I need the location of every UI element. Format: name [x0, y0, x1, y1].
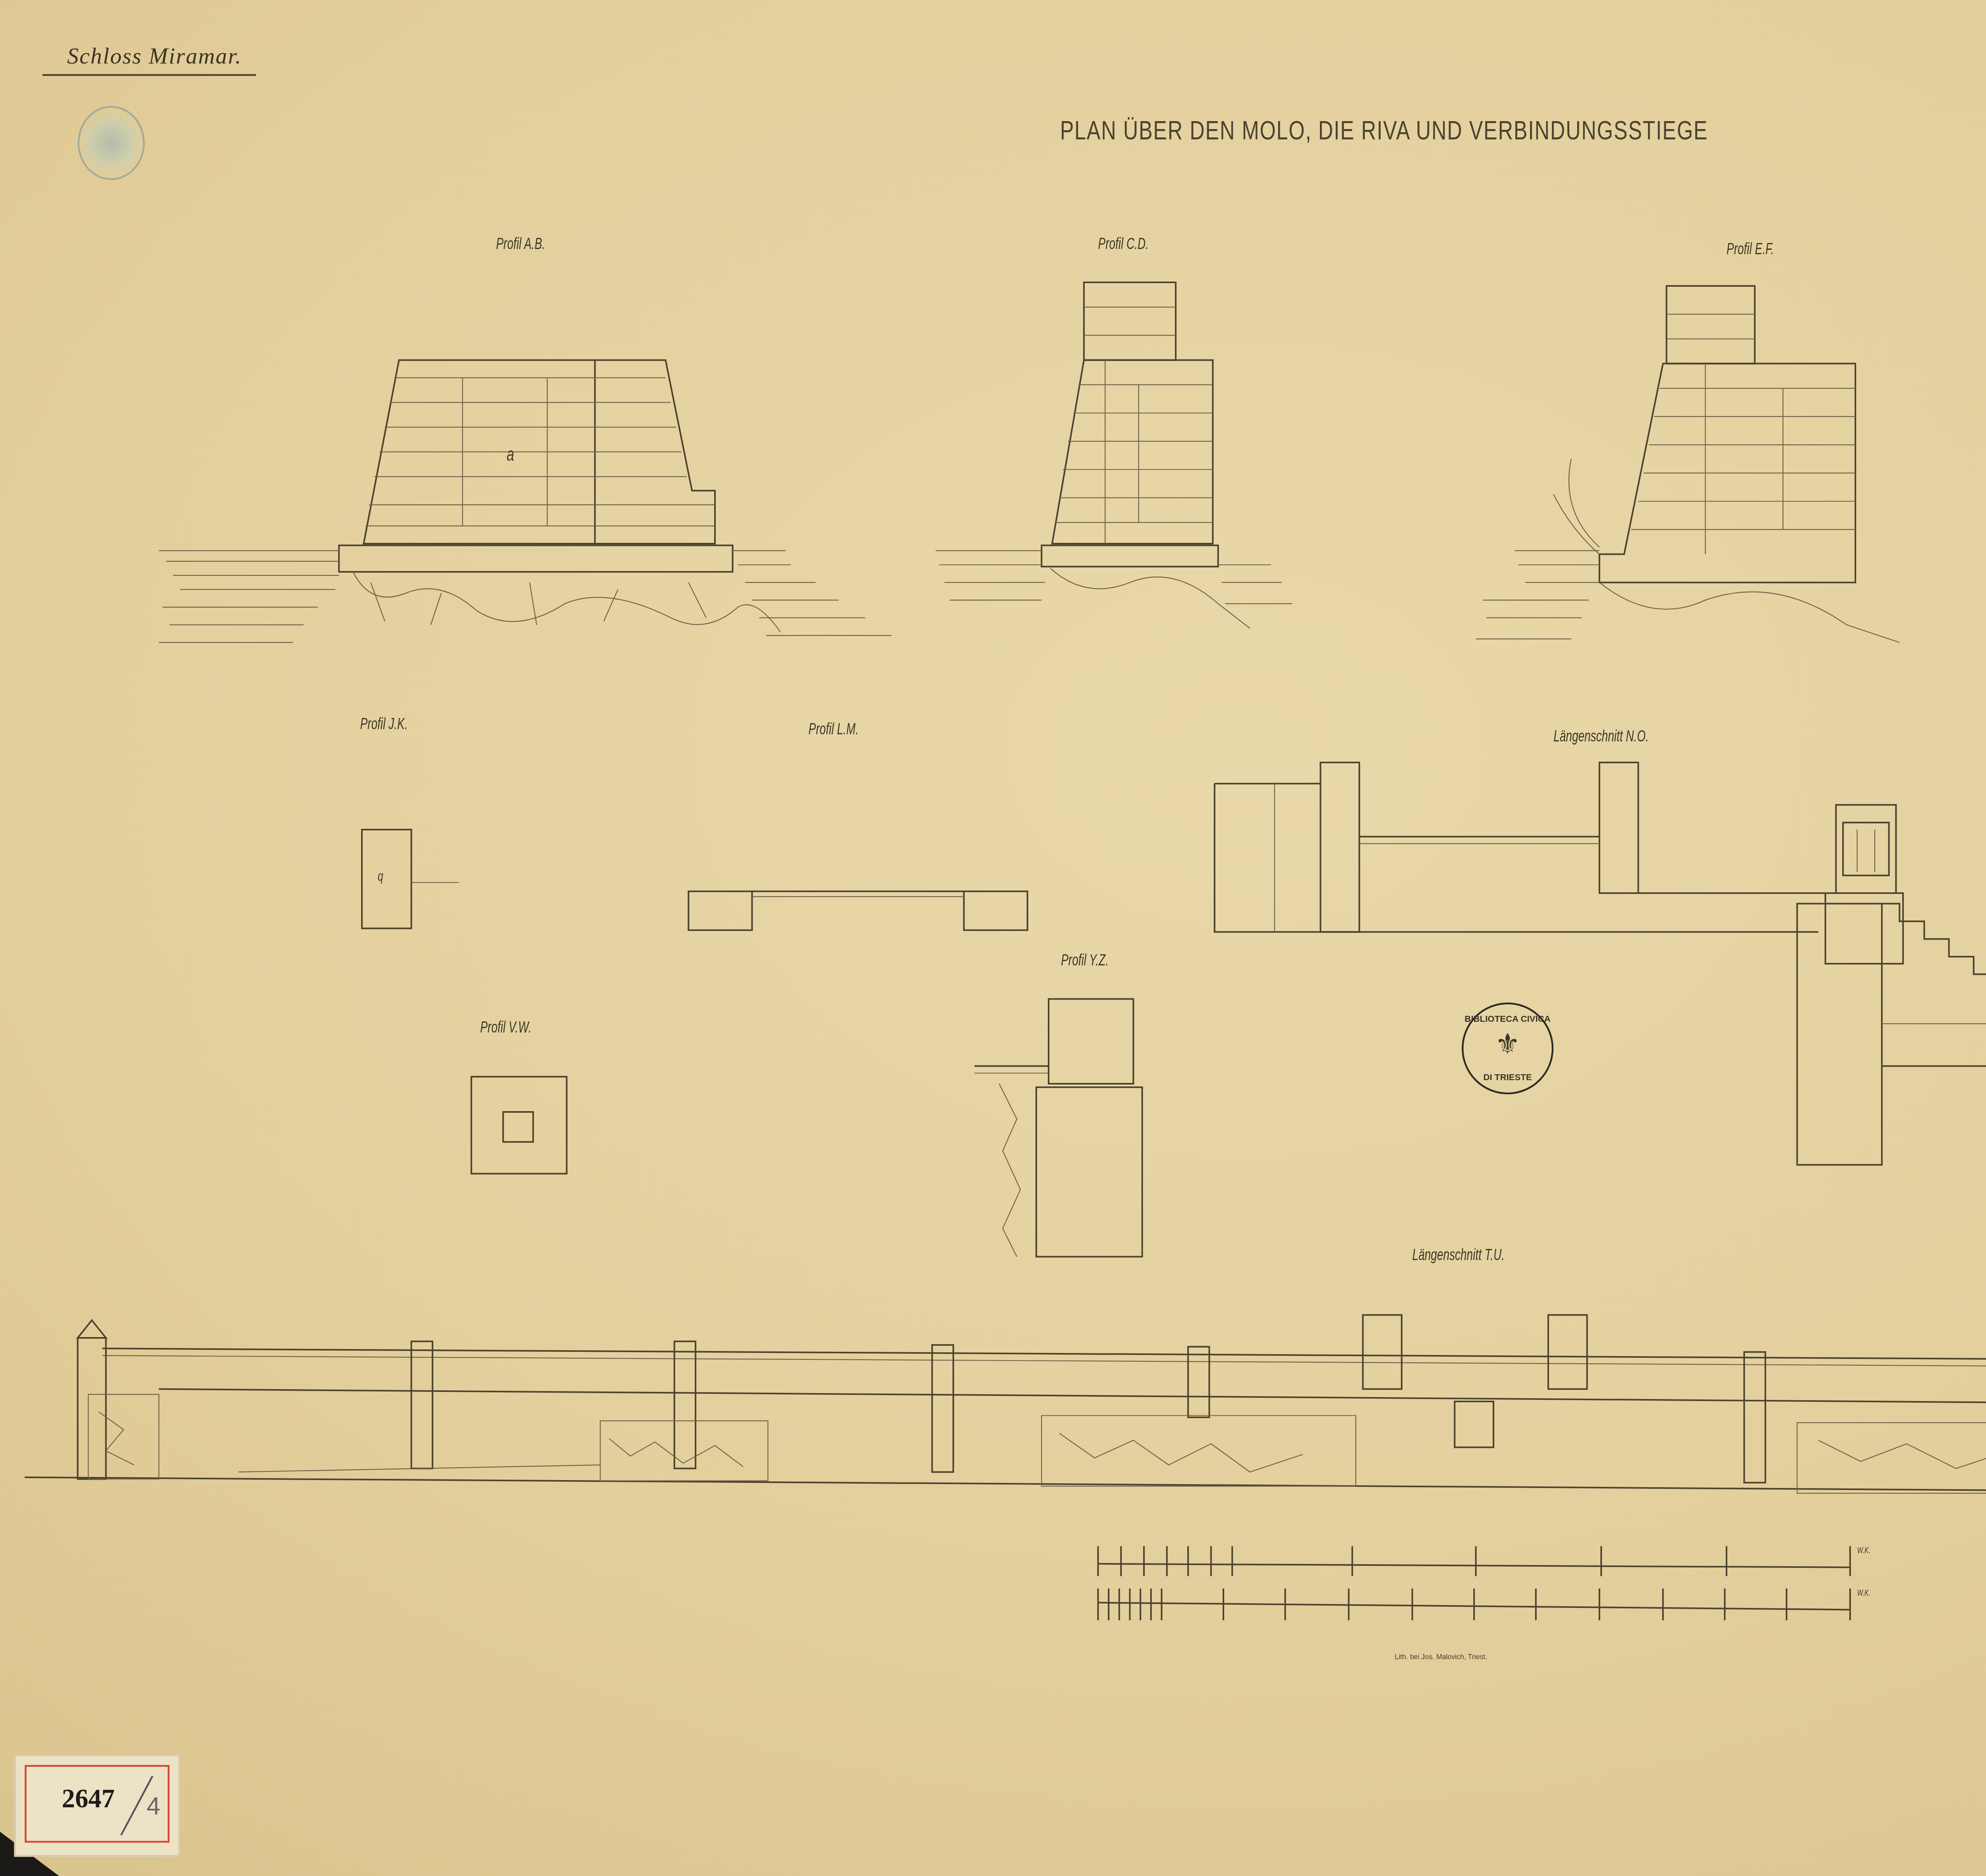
profile-ab-drawing — [159, 360, 891, 643]
stamp-bottom-text: DI TRIESTE — [1463, 1073, 1551, 1084]
stamp-top-text: BIBLIOTECA CIVICA — [1463, 1015, 1551, 1026]
lithographer-line: Lith. bei Jos. Malovich, Triest. — [1395, 1652, 1487, 1661]
profile-ef-drawing — [1476, 286, 1900, 643]
scale-bar-2 — [1098, 1588, 1850, 1620]
scale-unit-1: W.K. — [1857, 1546, 1870, 1557]
scale-unit-2: W.K. — [1857, 1588, 1870, 1599]
catalog-fraction: 4 — [147, 1791, 160, 1820]
drawing-sheet: Schloss Miramar. No PLAN ÜBER DEN MOLO, … — [0, 0, 1986, 1876]
tu-rubble-foundations — [88, 1394, 1986, 1493]
scale-bar-1 — [1098, 1546, 1850, 1576]
profile-lm-drawing — [688, 891, 1027, 930]
laengenschnitt-no-drawing — [1215, 762, 1986, 1165]
catalog-label: 2647 4 — [14, 1754, 180, 1857]
technical-drawings — [0, 0, 1986, 1876]
profile-yz-drawing — [974, 999, 1142, 1257]
laengenschnitt-tu-drawing — [25, 1315, 1986, 1495]
tu-posts — [411, 1315, 1986, 1490]
halberd-icon: ⚜ — [1463, 1033, 1551, 1061]
library-stamp-icon: BIBLIOTECA CIVICA ⚜ DI TRIESTE — [1462, 1002, 1553, 1094]
profile-cd-drawing — [936, 282, 1292, 628]
catalog-number: 2647 — [62, 1786, 115, 1816]
profile-jk-drawing — [362, 830, 411, 928]
profile-vw-drawing — [471, 1077, 567, 1173]
